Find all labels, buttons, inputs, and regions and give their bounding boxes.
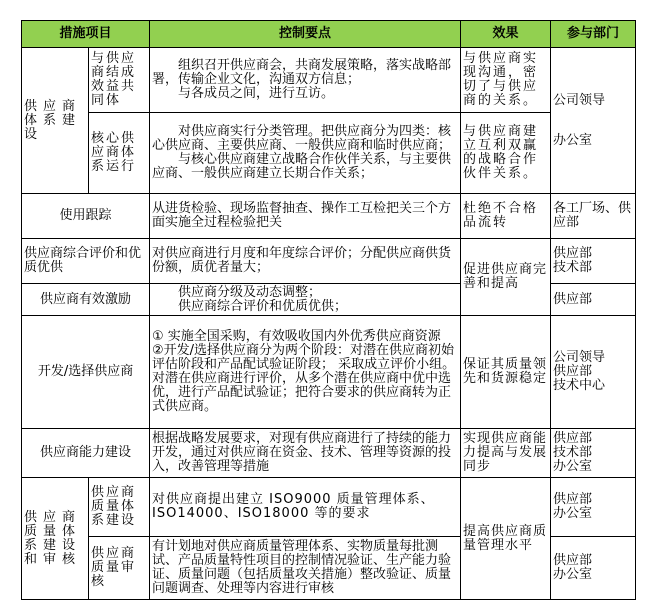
table-row: 使用跟踪 从进货检验、现场监督抽查、操作工互检把关三个方面实施全过程检验把关 杜… (22, 194, 636, 239)
dept-usage-tracking: 各工厂场、供应部 (551, 194, 636, 239)
header-measure: 措施项目 (22, 21, 150, 48)
control-core-supplier: 对供应商实行分类管理。把供应商分为四类：核心供应商、主要供应商、一般供应商和临时… (150, 113, 461, 194)
table-row: 供应商体系建设 与供应商结成效益共同体 组织召开供应商会，共商发展策略，落实战略… (22, 48, 636, 113)
measure-evaluation: 供应商综合评价和优质优供 (22, 239, 150, 284)
dept-capability: 供应部 技术部 办公室 (551, 429, 636, 478)
table-row: 供应商能力建设 根据战略发展要求，对现有供应商进行了持续的能力开发，通过对供应商… (22, 429, 636, 478)
control-benefit-community: 组织召开供应商会，共商发展策略，落实战略部署，传输企业文化，沟通双方信息； 与各… (150, 48, 461, 113)
measure-supplier-system: 供应商体系建设 (22, 48, 89, 194)
effect-evaluation: 促进供应商完善和提高 (461, 239, 551, 316)
control-capability: 根据战略发展要求，对现有供应商进行了持续的能力开发，通过对供应商在资金、技术、管… (150, 429, 461, 478)
measure-capability: 供应商能力建设 (22, 429, 150, 478)
header-control: 控制要点 (150, 21, 461, 48)
table-row: 核心供应商体系运行 对供应商实行分类管理。把供应商分为四类：核心供应商、主要供应… (22, 113, 636, 194)
dept-supplier-system: 公司领导 办公室 (551, 48, 636, 194)
measure-development: 开发/选择供应商 (22, 316, 150, 429)
sub-measure-benefit-community: 与供应商结成效益共同体 (89, 48, 150, 113)
effect-core-supplier: 与供应商建立互利双赢的战略合作伙伴关系。 (461, 113, 551, 194)
header-effect: 效果 (461, 21, 551, 48)
effect-usage-tracking: 杜绝不合格品流转 (461, 194, 551, 239)
effect-development: 保证其质量领先和货源稳定 (461, 316, 551, 429)
sub-measure-core-supplier: 核心供应商体系运行 (89, 113, 150, 194)
table-row: 供应商综合评价和优质优供 对供应商进行月度和年度综合评价；分配供应商供货份额，质… (22, 239, 636, 284)
measure-quality: 供应商质量体系建设和审核 (22, 478, 89, 600)
measure-usage-tracking: 使用跟踪 (22, 194, 150, 239)
effect-benefit-community: 与供应商实现沟通，密切了与供应商的关系。 (461, 48, 551, 113)
sub-measure-quality-system: 供应商质量体系建设 (89, 478, 150, 537)
dept-quality-audit: 供应部 办公室 (551, 537, 636, 600)
control-evaluation: 对供应商进行月度和年度综合评价；分配供应商供货份额，质优者量大； (150, 239, 461, 284)
effect-capability: 实现供应商能力提高与发展同步 (461, 429, 551, 478)
control-incentive: 供应商分级及动态调整； 供应商综合评价和优质优供； (150, 284, 461, 316)
sub-measure-quality-audit: 供应商质量审核 (89, 537, 150, 600)
dept-quality-system: 供应部 办公室 (551, 478, 636, 537)
dept-evaluation: 供应部 技术部 (551, 239, 636, 284)
table-row: 供应商质量体系建设和审核 供应商质量体系建设 对供应商提出建立 ISO9000 … (22, 478, 636, 537)
supplier-measures-table: 措施项目 控制要点 效果 参与部门 供应商体系建设 与供应商结成效益共同体 组织… (21, 20, 636, 600)
control-quality-system: 对供应商提出建立 ISO9000 质量管理体系、ISO14000、ISO1800… (150, 478, 461, 537)
effect-quality: 提高供应商质量管理水平 (461, 478, 551, 600)
control-usage-tracking: 从进货检验、现场监督抽查、操作工互检把关三个方面实施全过程检验把关 (150, 194, 461, 239)
header-dept: 参与部门 (551, 21, 636, 48)
table-row: 开发/选择供应商 ① 实施全国采购，有效吸收国内外优秀供应商资源 ②开发/选择供… (22, 316, 636, 429)
dept-incentive: 供应部 (551, 284, 636, 316)
measure-incentive: 供应商有效激励 (22, 284, 150, 316)
control-quality-audit: 有计划地对供应商质量管理体系、实物质量每批测试、产品质量特性项目的控制情况验证、… (150, 537, 461, 600)
dept-development: 公司领导 供应部 技术中心 (551, 316, 636, 429)
control-development: ① 实施全国采购，有效吸收国内外优秀供应商资源 ②开发/选择供应商分为两个阶段：… (150, 316, 461, 429)
table-header-row: 措施项目 控制要点 效果 参与部门 (22, 21, 636, 48)
